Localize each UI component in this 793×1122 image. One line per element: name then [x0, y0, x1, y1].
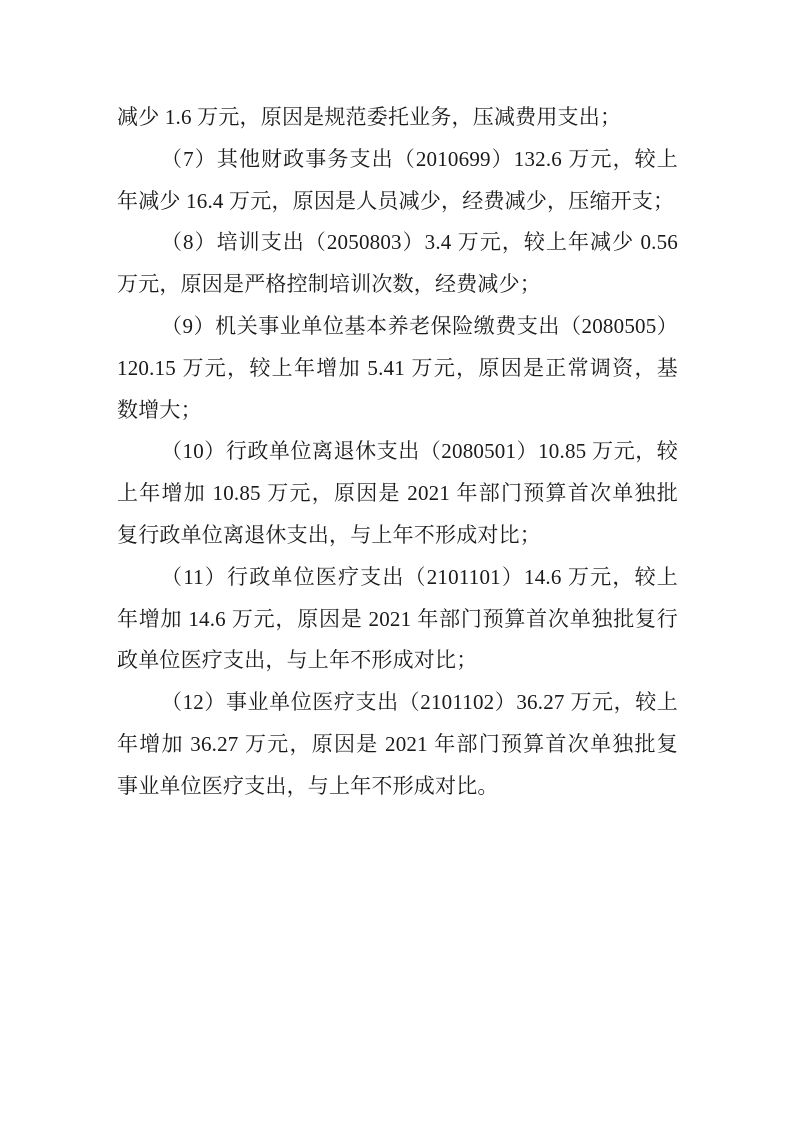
text-line: （10）行政单位离退休支出（2080501）10.85 万元，较: [117, 431, 678, 473]
text-line: （12）事业单位医疗支出（2101102）36.27 万元，较上: [117, 682, 678, 724]
paragraph-item-8: （8）培训支出（2050803）3.4 万元，较上年减少 0.56万元，原因是严…: [117, 222, 678, 306]
text-line: 120.15 万元，较上年增加 5.41 万元，原因是正常调资，基: [117, 348, 678, 390]
text-line: 年增加 14.6 万元，原因是 2021 年部门预算首次单独批复行: [117, 599, 678, 641]
text-line: 年增加 36.27 万元，原因是 2021 年部门预算首次单独批复: [117, 724, 678, 766]
paragraph-item-7: （7）其他财政事务支出（2010699）132.6 万元，较上年减少 16.4 …: [117, 139, 678, 223]
text-line: 年减少 16.4 万元，原因是人员减少，经费减少，压缩开支；: [117, 181, 678, 223]
text-line: 政单位医疗支出，与上年不形成对比；: [117, 640, 678, 682]
text-line: （8）培训支出（2050803）3.4 万元，较上年减少 0.56: [117, 222, 678, 264]
document-page: 减少 1.6 万元，原因是规范委托业务，压减费用支出；（7）其他财政事务支出（2…: [0, 0, 793, 1122]
paragraph-item-9: （9）机关事业单位基本养老保险缴费支出（2080505）120.15 万元，较上…: [117, 306, 678, 431]
text-line: （11）行政单位医疗支出（2101101）14.6 万元，较上: [117, 557, 678, 599]
text-line: （9）机关事业单位基本养老保险缴费支出（2080505）: [117, 306, 678, 348]
text-line: 复行政单位离退休支出，与上年不形成对比；: [117, 515, 678, 557]
text-line: 上年增加 10.85 万元，原因是 2021 年部门预算首次单独批: [117, 473, 678, 515]
document-body: 减少 1.6 万元，原因是规范委托业务，压减费用支出；（7）其他财政事务支出（2…: [117, 97, 678, 808]
text-line: 数增大；: [117, 390, 678, 432]
paragraph-item-12: （12）事业单位医疗支出（2101102）36.27 万元，较上年增加 36.2…: [117, 682, 678, 807]
paragraph-item-10: （10）行政单位离退休支出（2080501）10.85 万元，较上年增加 10.…: [117, 431, 678, 556]
paragraph-item-6-continuation: 减少 1.6 万元，原因是规范委托业务，压减费用支出；: [117, 97, 678, 139]
text-line: 万元，原因是严格控制培训次数，经费减少；: [117, 264, 678, 306]
text-line: 事业单位医疗支出，与上年不形成对比。: [117, 766, 678, 808]
text-line: （7）其他财政事务支出（2010699）132.6 万元，较上: [117, 139, 678, 181]
paragraph-item-11: （11）行政单位医疗支出（2101101）14.6 万元，较上年增加 14.6 …: [117, 557, 678, 682]
text-line: 减少 1.6 万元，原因是规范委托业务，压减费用支出；: [117, 97, 678, 139]
